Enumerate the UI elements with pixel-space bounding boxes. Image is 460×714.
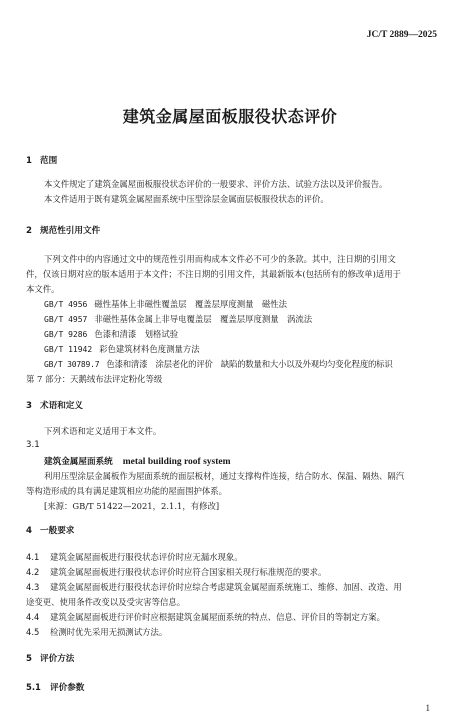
section-2-intro-line: 件，仅该日期对应的版本适用于本文件；不注日期的引用文件，其最新版本(包括所有的修… — [26, 267, 401, 282]
term-definition-line: 利用压型涂层金属板作为屋面系统的面层板材，通过支撑构件连接，结合防水、保温、隔热… — [44, 469, 404, 484]
term-definition-line: 等构造形成的具有满足建筑相应功能的屋面围护体系。 — [26, 484, 227, 499]
reference-item: GB/T 9286色漆和清漆 划格试验 — [44, 327, 178, 342]
term-source: [来源：GB/T 51422—2021，2.1.1，有修改] — [44, 499, 219, 514]
clause-item: 4.3建筑金属屋面板进行服役状态评价时应综合考虑建筑金属屋面系统施工、维修、加固… — [26, 580, 402, 595]
section-3-intro: 下列术语和定义适用于本文件。 — [44, 424, 161, 439]
page-number: 1 — [426, 703, 431, 713]
section-3-heading: 3术语和定义 — [26, 399, 83, 411]
section-2-intro-line: 本文件。 — [26, 282, 60, 297]
reference-item: GB/T 30789.7色漆和清漆 涂层老化的评价 缺陷的数量和大小以及外观均匀… — [44, 357, 393, 372]
section-2-intro-line: 下列文件中的内容通过文中的规范性引用而构成本文件必不可少的条款。其中，注日期的引… — [44, 252, 396, 267]
standard-code: JC/T 2889—2025 — [367, 30, 437, 40]
reference-item: GB/T 4957非磁性基体金属上非导电覆盖层 覆盖层厚度测量 涡流法 — [44, 312, 312, 327]
clause-item: 4.1建筑金属屋面板进行服役状态评价时应无漏水现象。 — [26, 550, 243, 565]
clause-item: 4.4建筑金属屋面板进行评价时应根据建筑金属屋面系统的特点、信息、评价目的等制定… — [26, 610, 385, 625]
term-heading: 建筑金属屋面系统metal building roof system — [44, 454, 231, 470]
section-5-1-heading: 5.1评价参数 — [26, 681, 84, 693]
document-page: JC/T 2889—2025 建筑金属屋面板服役状态评价 1范围 本文件规定了建… — [0, 0, 460, 714]
section-1-paragraph: 本文件适用于既有建筑金属屋面系统中压型涂层金属面层板服役状态的评价。 — [44, 192, 329, 207]
reference-item: GB/T 11942彩色建筑材料色度测量方法 — [44, 342, 200, 357]
section-5-heading: 5评价方法 — [26, 652, 74, 664]
term-number: 3.1 — [26, 440, 40, 450]
reference-continuation: 第 7 部分：天鹅绒布法评定粉化等级 — [26, 372, 162, 387]
section-4-heading: 4一般要求 — [26, 524, 74, 536]
clause-item: 4.2建筑金属屋面板进行服役状态评价时应符合国家相关现行标准规范的要求。 — [26, 565, 326, 580]
section-2-heading: 2规范性引用文件 — [26, 224, 100, 236]
reference-item: GB/T 4956磁性基体上非磁性覆盖层 覆盖层厚度测量 磁性法 — [44, 297, 287, 312]
clause-continuation: 途变更、使用条件改变以及受灾害等信息。 — [26, 595, 185, 610]
clause-item: 4.5检测时优先采用无损测试方法。 — [26, 625, 167, 640]
section-1-paragraph: 本文件规定了建筑金属屋面板服役状态评价的一般要求、评价方法、试验方法以及评价报告… — [44, 177, 387, 192]
section-1-heading: 1范围 — [26, 154, 57, 166]
page-title: 建筑金属屋面板服役状态评价 — [0, 104, 460, 127]
